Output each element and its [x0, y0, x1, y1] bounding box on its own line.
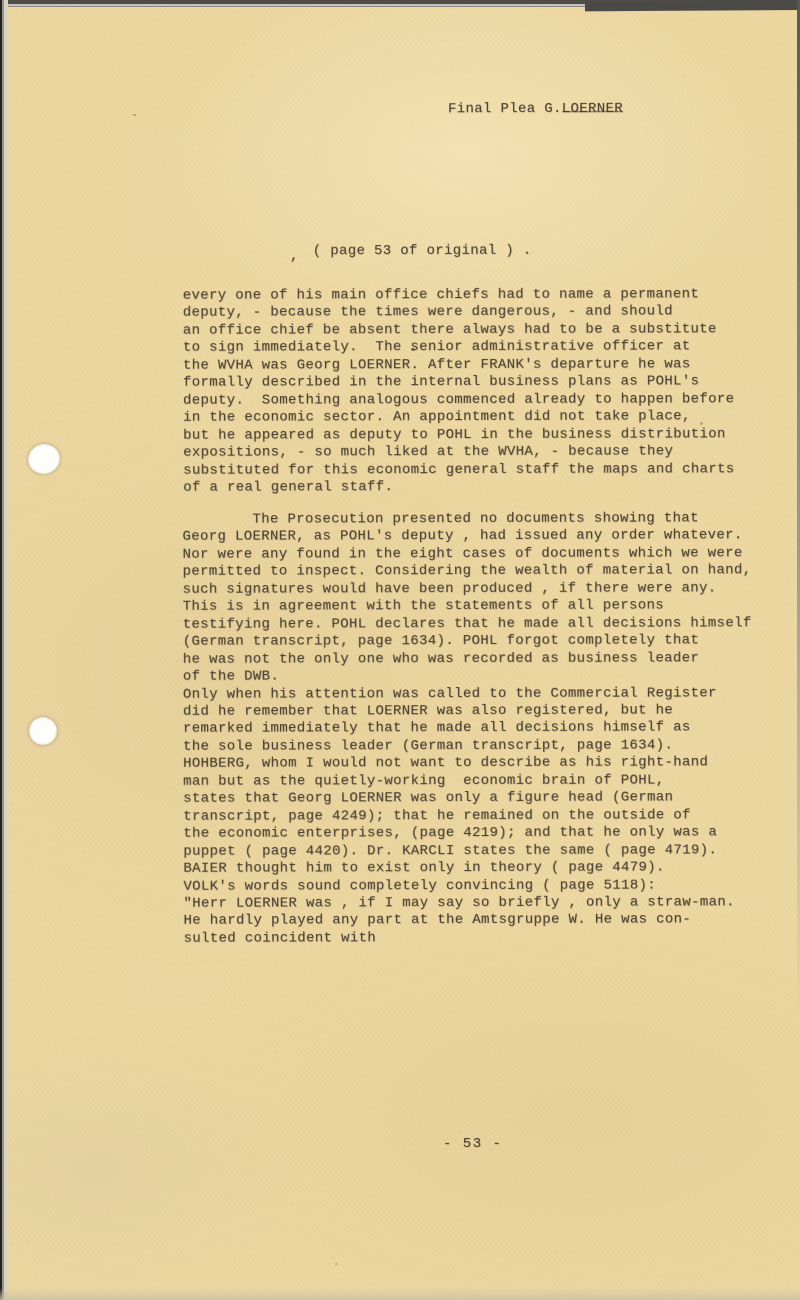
header-defendant-name: LOERNER: [562, 101, 623, 117]
page-number-footer: - 53 -: [443, 1136, 502, 1152]
text-line: deputy, - because the times were dangero…: [183, 304, 734, 323]
text-line: This is in agreement with the statements…: [183, 598, 752, 617]
text-line: he was not the only one who was recorded…: [183, 650, 752, 669]
text-line: He hardly played any part at the Amtsgru…: [183, 912, 752, 931]
text-line: transcript, page 4249); that he remained…: [183, 807, 752, 826]
text-line: formally described in the internal busin…: [183, 374, 734, 393]
text-line: Only when his attention was called to th…: [183, 685, 752, 704]
paragraph-2: The Prosecution presented no documents s…: [182, 510, 752, 948]
scan-edge-top-right: [585, 0, 800, 11]
text-line: (German transcript, page 1634). POHL for…: [183, 632, 752, 651]
page-note-text: ( page 53 of original ) .: [313, 243, 532, 260]
text-line: states that Georg LOERNER was only a fig…: [183, 790, 752, 809]
text-line: HOHBERG, whom I would not want to descri…: [183, 755, 752, 774]
paper-speck: [133, 114, 136, 116]
punch-hole-top: [25, 441, 63, 478]
text-line: The Prosecution presented no documents s…: [182, 510, 751, 529]
scan-edge-bottom: [0, 1288, 800, 1300]
text-line: of a real general staff.: [183, 478, 734, 497]
document-header: Final Plea G.LOERNER: [448, 101, 623, 117]
text-line: VOLK's words sound completely convincing…: [183, 877, 752, 896]
page-reference-note: ,( page 53 of original ) .: [290, 243, 532, 260]
text-line: did he remember that LOERNER was also re…: [183, 702, 752, 721]
scanned-document-page: Final Plea G.LOERNER ,( page 53 of origi…: [0, 0, 800, 1300]
text-line: in the economic sector. An appointment d…: [183, 408, 734, 427]
punch-hole-bottom: [29, 717, 57, 745]
text-line: remarked immediately that he made all de…: [183, 720, 752, 739]
text-line: an office chief be absent there always h…: [183, 321, 734, 340]
stray-typewriter-mark: ,: [290, 248, 299, 264]
paragraph-1: every one of his main office chiefs had …: [183, 286, 735, 497]
text-line: man but as the quietly-working economic …: [183, 772, 752, 791]
text-line: to sign immediately. The senior administ…: [183, 339, 734, 358]
text-line: the economic enterprises, (page 4219); a…: [183, 824, 752, 843]
text-line: puppet ( page 4420). Dr. KARCLI states t…: [183, 842, 752, 861]
text-line: BAIER thought him to exist only in theor…: [183, 859, 752, 878]
text-line: "Herr LOERNER was , if I may say so brie…: [183, 894, 752, 913]
text-line: the sole business leader (German transcr…: [183, 737, 752, 756]
text-line: the WVHA was Georg LOERNER. After FRANK'…: [183, 356, 734, 375]
text-line: Nor were any found in the eight cases of…: [183, 545, 752, 564]
text-line: substituted for this economic general st…: [183, 461, 734, 480]
header-title-text: Final Plea G.: [448, 101, 562, 117]
paper-speck: [335, 1263, 338, 1265]
text-line: expositions, - so much liked at the WVHA…: [183, 443, 734, 462]
text-line: Georg LOERNER, as POHL's deputy , had is…: [182, 528, 751, 547]
text-line: permitted to inspect. Considering the we…: [183, 563, 752, 582]
text-line: every one of his main office chiefs had …: [183, 286, 734, 305]
text-line: testifying here. POHL declares that he m…: [183, 615, 752, 634]
text-line: of the DWB.: [183, 667, 752, 686]
scan-edge-left: [0, 0, 8, 1300]
text-line: sulted coincident with: [184, 929, 753, 948]
text-line: but he appeared as deputy to POHL in the…: [183, 426, 734, 445]
text-line: such signatures would have been produced…: [183, 580, 752, 599]
text-line: deputy. Something analogous commenced al…: [183, 391, 734, 410]
